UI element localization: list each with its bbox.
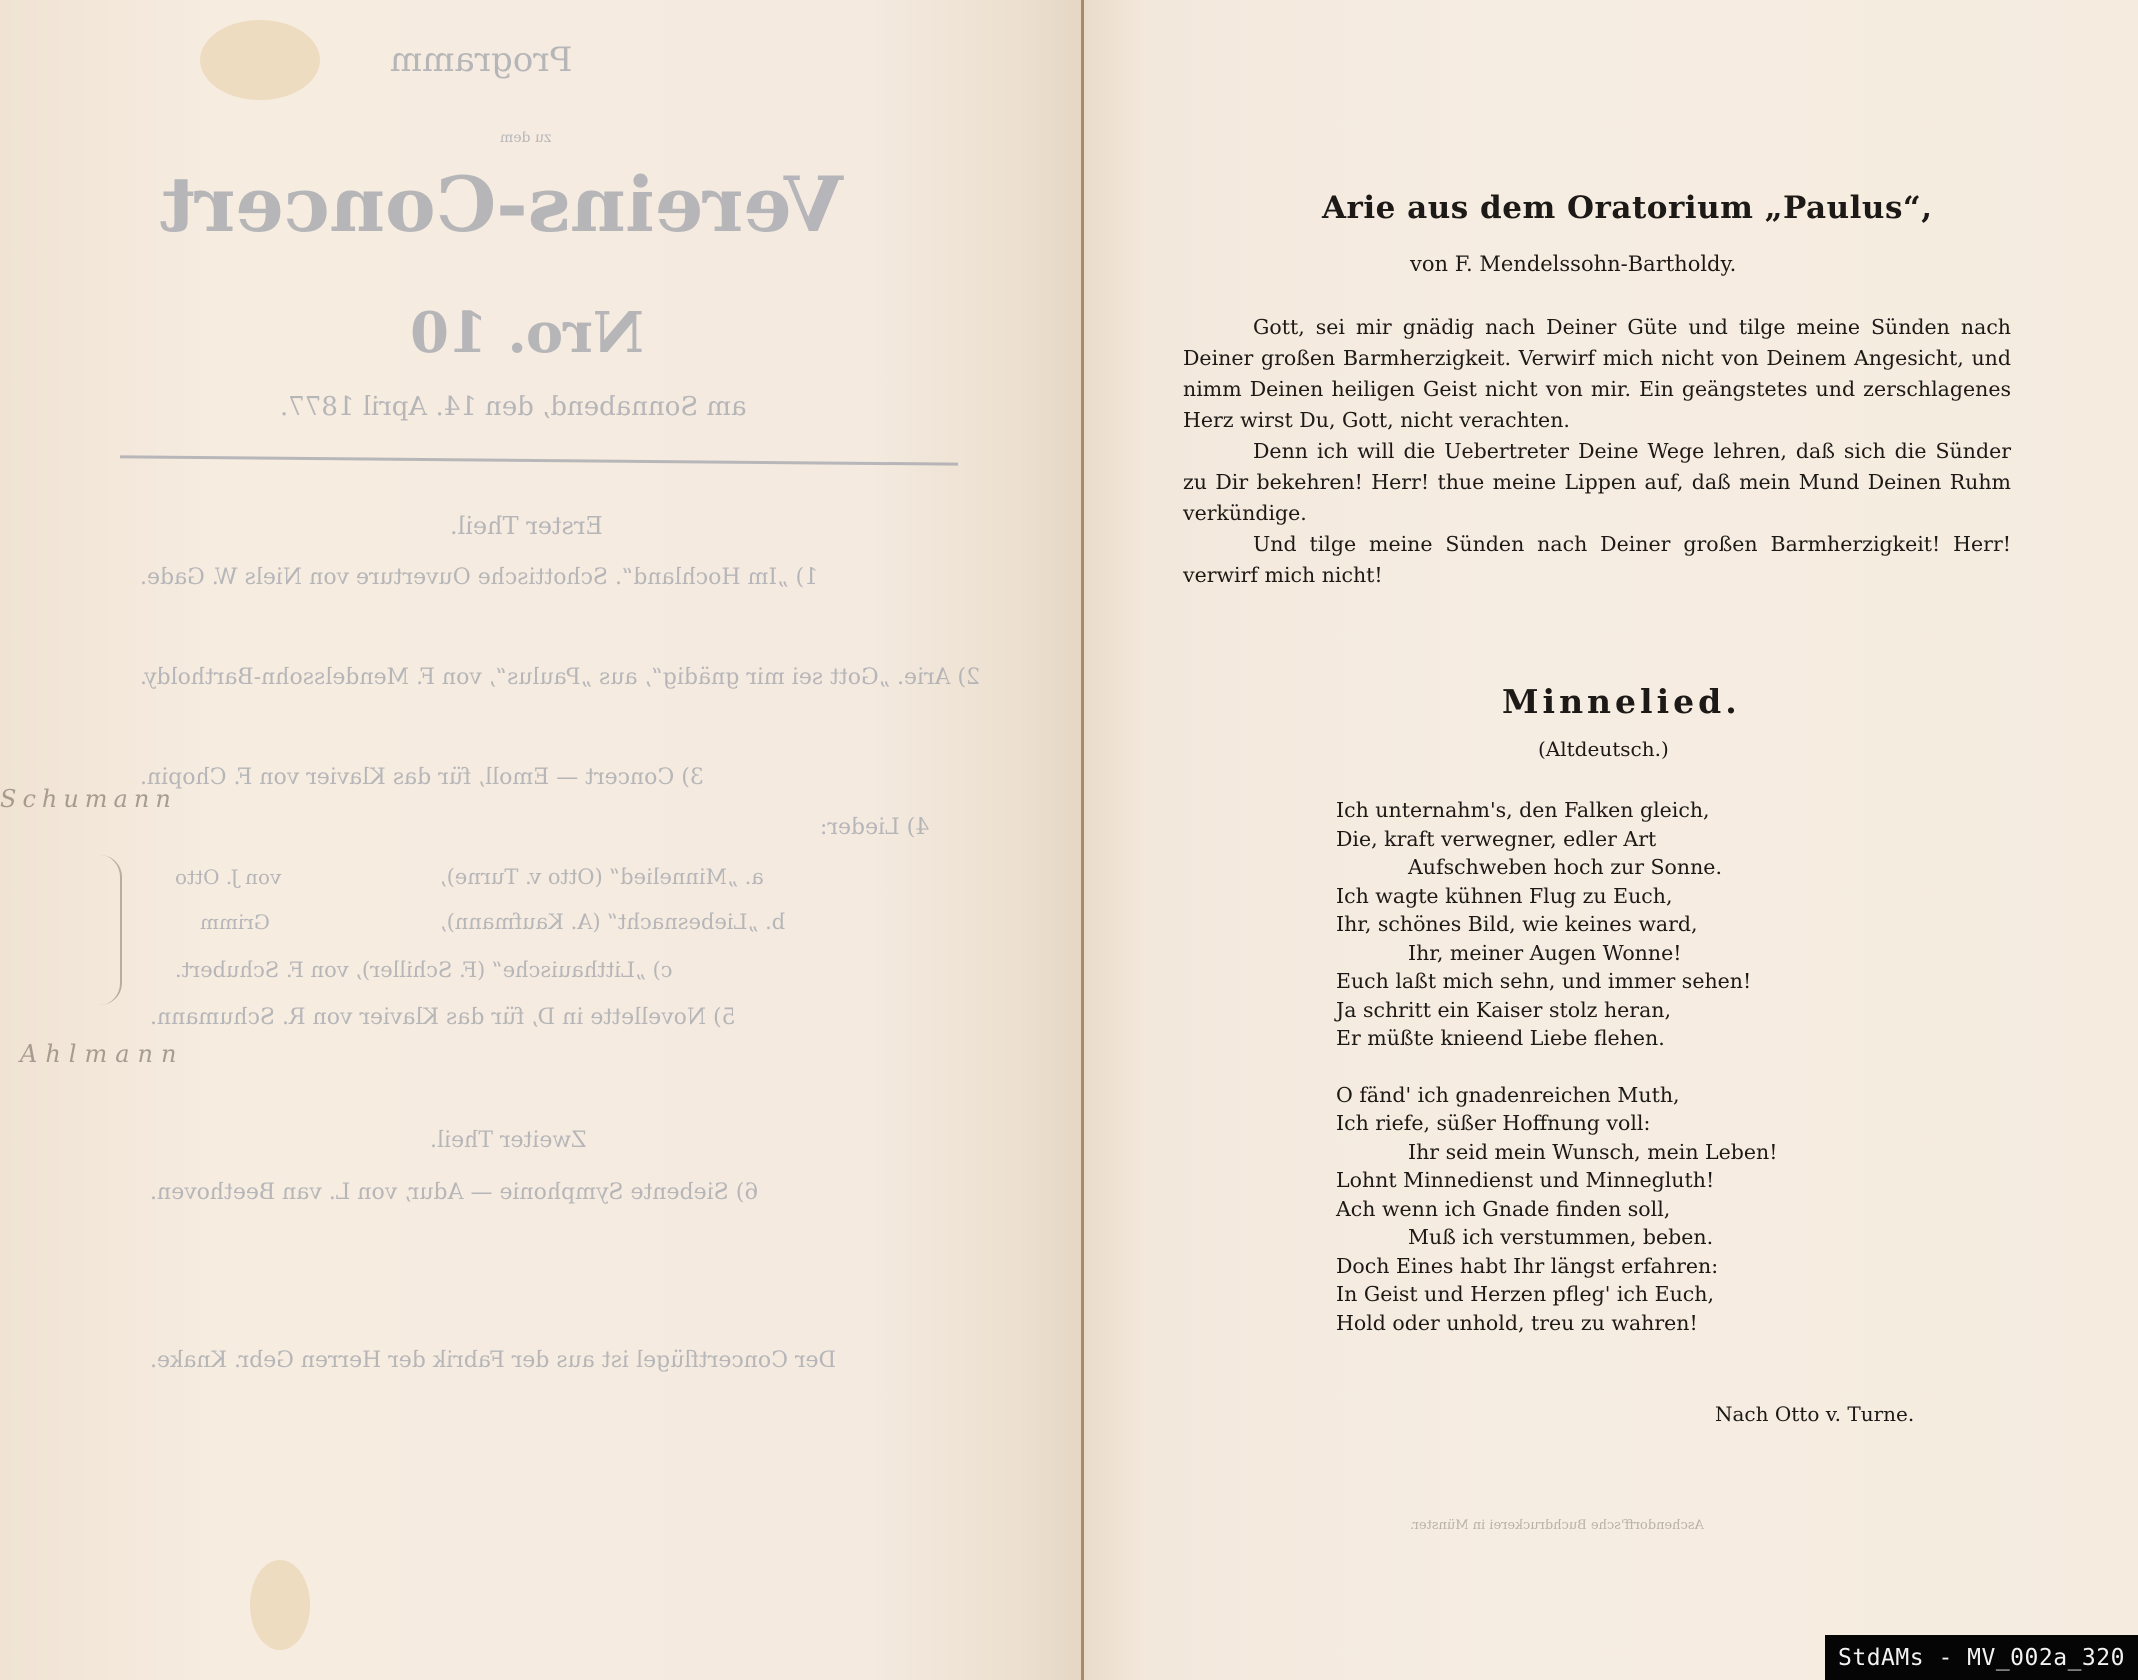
ghost-number: Nro. 10 (410, 300, 644, 366)
poem-line: Ihr, meiner Augen Wonne! (1336, 939, 1777, 968)
ghost-programm-heading: Programm (390, 40, 572, 80)
arie-composer: von F. Mendelssohn-Bartholdy. (1410, 252, 1736, 276)
ghost-item-3: 3) Concert — Emoll, für das Klavier von … (140, 765, 704, 790)
ghost-item-5: 5) Novellette in D, für das Klavier von … (150, 1005, 736, 1030)
ghost-item-4a: a. „Minnelied“ (Otto v. Turne), (440, 865, 764, 889)
poem-line: In Geist und Herzen pfleg' ich Euch, (1336, 1280, 1777, 1309)
ghost-item-4c: c) „Litthauische“ (F. Schiller), von F. … (175, 958, 673, 982)
paper-stain (200, 20, 320, 100)
arie-paragraph: Und tilge meine Sünden nach Deiner große… (1183, 529, 2011, 591)
ghost-item-1: 1) „Im Hochland“. Schottische Ouverture … (140, 565, 818, 590)
poem-line: Ihr seid mein Wunsch, mein Leben! (1336, 1138, 1777, 1167)
poem-line: Ihr, schönes Bild, wie keines ward, (1336, 910, 1777, 939)
poem-line: O fänd' ich gnadenreichen Muth, (1336, 1081, 1777, 1110)
poem-line: Ich wagte kühnen Flug zu Euch, (1336, 882, 1777, 911)
poem-line: Ich unternahm's, den Falken gleich, (1336, 796, 1777, 825)
paper-stain (250, 1560, 310, 1650)
handwritten-brace (100, 855, 122, 1005)
poem-line: Ach wenn ich Gnade finden soll, (1336, 1195, 1777, 1224)
ghost-side-name-grimm: Grimm (200, 910, 270, 934)
poem-line: Er müßte knieend Liebe flehen. (1336, 1024, 1777, 1053)
ghost-vereins-concert-title: Vereins-Concert (160, 160, 843, 249)
ghost-item-4: 4) Lieder: (820, 815, 929, 840)
ghost-part1-heading: Erster Theil. (450, 512, 603, 540)
ghost-side-name-otto: von J. Otto (175, 865, 281, 889)
handwritten-note-ahlmann: Ahlmann (20, 1040, 184, 1068)
ghost-divider (120, 455, 958, 465)
poem-line: Ja schritt ein Kaiser stolz heran, (1336, 996, 1777, 1025)
poem-line: Lohnt Minnedienst und Minnegluth! (1336, 1166, 1777, 1195)
archive-stamp: StdAMs - MV_002a_320 (1825, 1635, 2138, 1680)
poem-line: Euch laßt mich sehn, und immer sehen! (1336, 967, 1777, 996)
poem-line: Ich riefe, süßer Hoffnung voll: (1336, 1109, 1777, 1138)
ghost-part2-heading: Zweiter Theil. (430, 1128, 586, 1153)
arie-text: Gott, sei mir gnädig nach Deiner Güte un… (1183, 312, 2011, 591)
minnelied-poem: Ich unternahm's, den Falken gleich, Die,… (1336, 796, 1777, 1337)
ghost-footer-note: Der Concertflügel ist aus der Fabrik der… (150, 1348, 836, 1373)
poem-line: Doch Eines habt Ihr längst erfahren: (1336, 1252, 1777, 1281)
poem-line: Aufschweben hoch zur Sonne. (1336, 853, 1777, 882)
arie-paragraph: Denn ich will die Uebertreter Deine Wege… (1183, 436, 2011, 529)
poem-line: Die, kraft verwegner, edler Art (1336, 825, 1777, 854)
poem-line: Hold oder unhold, treu zu wahren! (1336, 1309, 1777, 1338)
handwritten-note-schumann: Schumann (0, 785, 177, 813)
ghost-printer-imprint: Aschendorff'sche Buchdruckerei in Münste… (1410, 1518, 1704, 1533)
book-spread: Programm zu dem Vereins-Concert Nro. 10 … (0, 0, 2138, 1680)
ghost-item-4b: b. „Liebesnacht“ (A. Kaufmann), (440, 910, 785, 934)
arie-paragraph: Gott, sei mir gnädig nach Deiner Güte un… (1183, 312, 2011, 436)
ghost-item-2: 2) Arie. „Gott sei mir gnädig“, aus „Pau… (140, 665, 980, 690)
left-page: Programm zu dem Vereins-Concert Nro. 10 … (0, 0, 1082, 1680)
poem-attribution: Nach Otto v. Turne. (1715, 1402, 1914, 1426)
stanza-gap (1336, 1053, 1777, 1081)
arie-title: Arie aus dem Oratorium „Paulus“, (1322, 190, 1933, 226)
ghost-zu-dem: zu dem (500, 130, 551, 146)
poem-line: Muß ich verstummen, beben. (1336, 1223, 1777, 1252)
ghost-date-line: am Sonnabend, den 14. April 1877. (280, 392, 747, 422)
minnelied-subtitle: (Altdeutsch.) (1538, 737, 1669, 761)
ghost-item-6: 6) Siebente Symphonie — Adur, von L. van… (150, 1180, 758, 1205)
minnelied-title: Minnelied. (1502, 682, 1741, 721)
